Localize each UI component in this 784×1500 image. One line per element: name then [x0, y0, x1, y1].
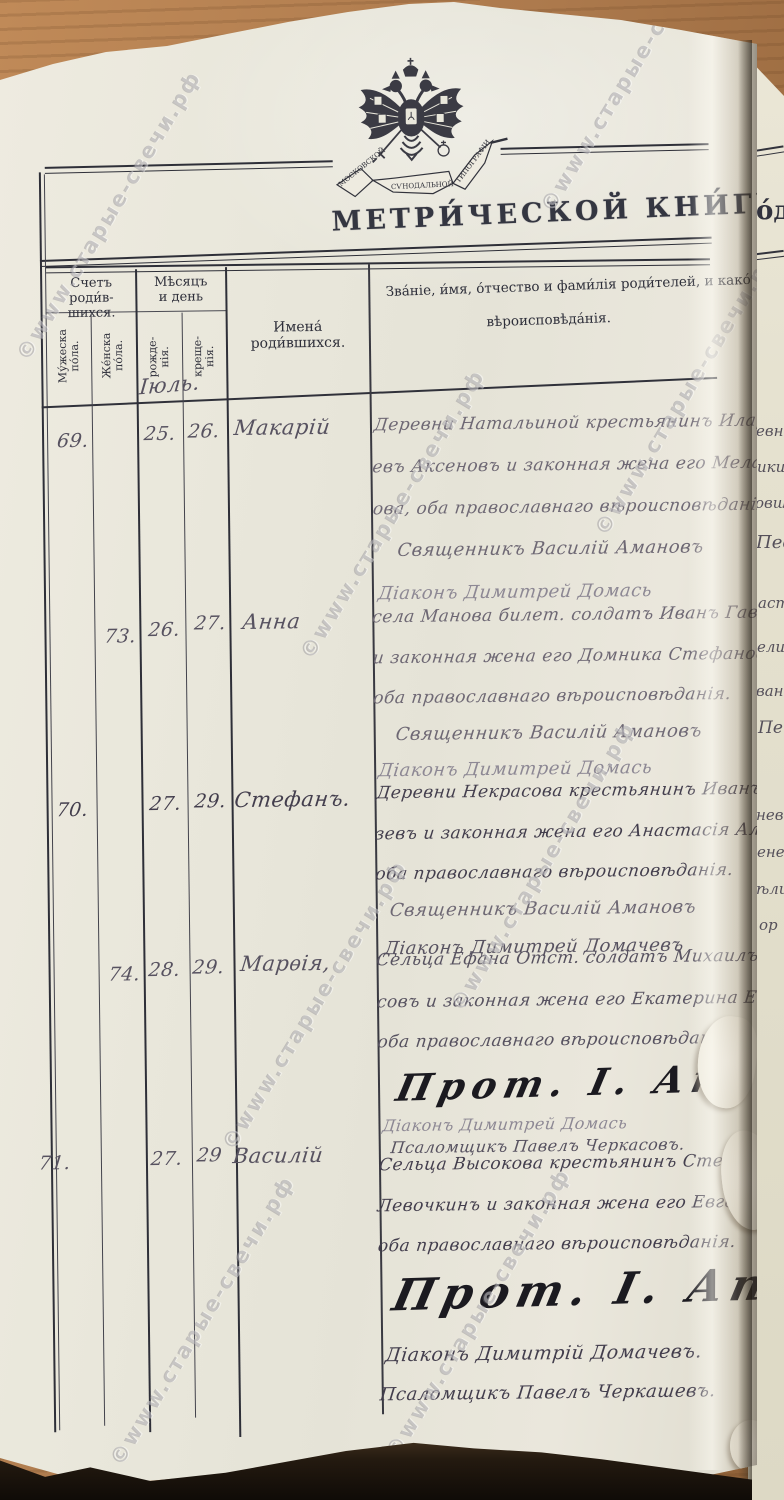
- record-deacon-line: Діаконъ Димитрей Домась: [377, 580, 653, 604]
- record-name: Василій: [232, 1143, 325, 1168]
- record-female-number: 74.: [107, 963, 141, 985]
- header-names-column: Имена́ роди́вшихся.: [228, 318, 368, 352]
- header-parents-column-line2: вѣроисповѣда́нія.: [379, 307, 719, 334]
- column-line-birth-baptism: [182, 313, 196, 1418]
- facing-page-text-fragment: овш: [755, 494, 784, 512]
- record-birth-day: 28.: [147, 959, 181, 981]
- facing-page-text-fragment: аст: [758, 594, 784, 612]
- record-name: Анна: [241, 609, 302, 634]
- book-gutter-crease: [738, 40, 752, 1500]
- header-month-line1: Мѣсяцъ: [154, 274, 207, 290]
- record-parents-line: оба православнаго вѣроисповѣданія: [376, 1028, 730, 1052]
- facing-page-text-fragment: Пед: [756, 532, 784, 553]
- record-birth-day: 27.: [148, 793, 182, 815]
- facing-page-text-fragment: ор: [759, 916, 778, 934]
- handwritten-month-july: Іюль.: [138, 370, 201, 399]
- facing-page-text-fragment: ели: [757, 638, 784, 656]
- facing-page-text-fragment: ѣли: [756, 880, 784, 898]
- record-baptism-day: 29.: [191, 956, 225, 978]
- record-parents-line: оба православнаго вѣроисповѣданія.: [377, 1232, 737, 1256]
- record-name: Стефанъ.: [233, 787, 352, 812]
- record-male-number: 69.: [56, 430, 90, 452]
- frame-rule-top-left: [45, 160, 333, 174]
- record-female-number: 73.: [103, 625, 137, 647]
- facing-page-text-fragment: ене: [757, 843, 784, 861]
- page-border-left-outer: [39, 172, 57, 1432]
- facing-page-text-fragment: ики: [757, 458, 784, 476]
- frame-rule-top-right: [501, 143, 709, 155]
- watermark: ©www.старые-свечи.рф: [105, 1171, 299, 1469]
- facing-page-title-fragment: о́д: [756, 196, 784, 226]
- record-baptism-day: 29.: [193, 790, 227, 812]
- record-priest-line: Священникъ Василій Амановъ: [396, 536, 705, 561]
- record-deacon-line: Діаконъ Димитрій Домачевъ.: [384, 1340, 703, 1366]
- record-baptism-day: 26.: [187, 420, 221, 442]
- record-baptism-day: 29: [196, 1144, 224, 1166]
- header-month-group: Мѣсяцъ и день: [136, 274, 225, 305]
- record-name: Марѳія,: [239, 951, 332, 976]
- header-month-line2: и день: [159, 289, 203, 305]
- photo-of-metric-book-page: о́д евн ики овш Пед аст ели ван Пе нев е…: [0, 0, 784, 1500]
- record-baptism-day: 27.: [193, 612, 227, 634]
- record-birth-day: 26.: [147, 619, 181, 641]
- facing-page-text-fragment: ван: [756, 682, 784, 700]
- metric-book-sheet: МОСКОВСКОЙ СѴНОДАЛЬНОЙ ТИПОГРАФІИ МЕТРИ́…: [0, 0, 757, 1500]
- header-male-column-label: Му́жеска по́ла.: [57, 319, 82, 393]
- facing-page-text-fragment: Пе: [758, 718, 783, 738]
- record-male-number: 70.: [55, 799, 89, 821]
- record-birth-day: 27.: [150, 1148, 184, 1170]
- record-name: Макарій: [233, 415, 332, 440]
- record-priest-line: Священникъ Василій Амановъ: [389, 896, 698, 921]
- printed-and-written-layer: МОСКОВСКОЙ СѴНОДАЛЬНОЙ ТИПОГРАФІИ МЕТРИ́…: [0, 0, 772, 1500]
- record-parents-line: оба православнаго вѣроисповѣданія.: [372, 684, 732, 708]
- record-priest-line: Священникъ Василій Амановъ: [395, 720, 704, 745]
- column-line-male-female: [91, 314, 106, 1426]
- record-birth-day: 25.: [143, 423, 177, 445]
- record-male-number: 71.: [38, 1152, 72, 1174]
- typography-ribbon-banner: МОСКОВСКОЙ СѴНОДАЛЬНОЙ ТИПОГРАФІИ: [332, 133, 509, 207]
- record-deacon-line: Діаконъ Димитрей Домась: [381, 1113, 628, 1135]
- header-female-column-label: Же́нска по́ла.: [101, 318, 126, 392]
- facing-page-text-fragment: нев: [756, 806, 784, 824]
- facing-page-text-fragment: евн: [756, 422, 784, 440]
